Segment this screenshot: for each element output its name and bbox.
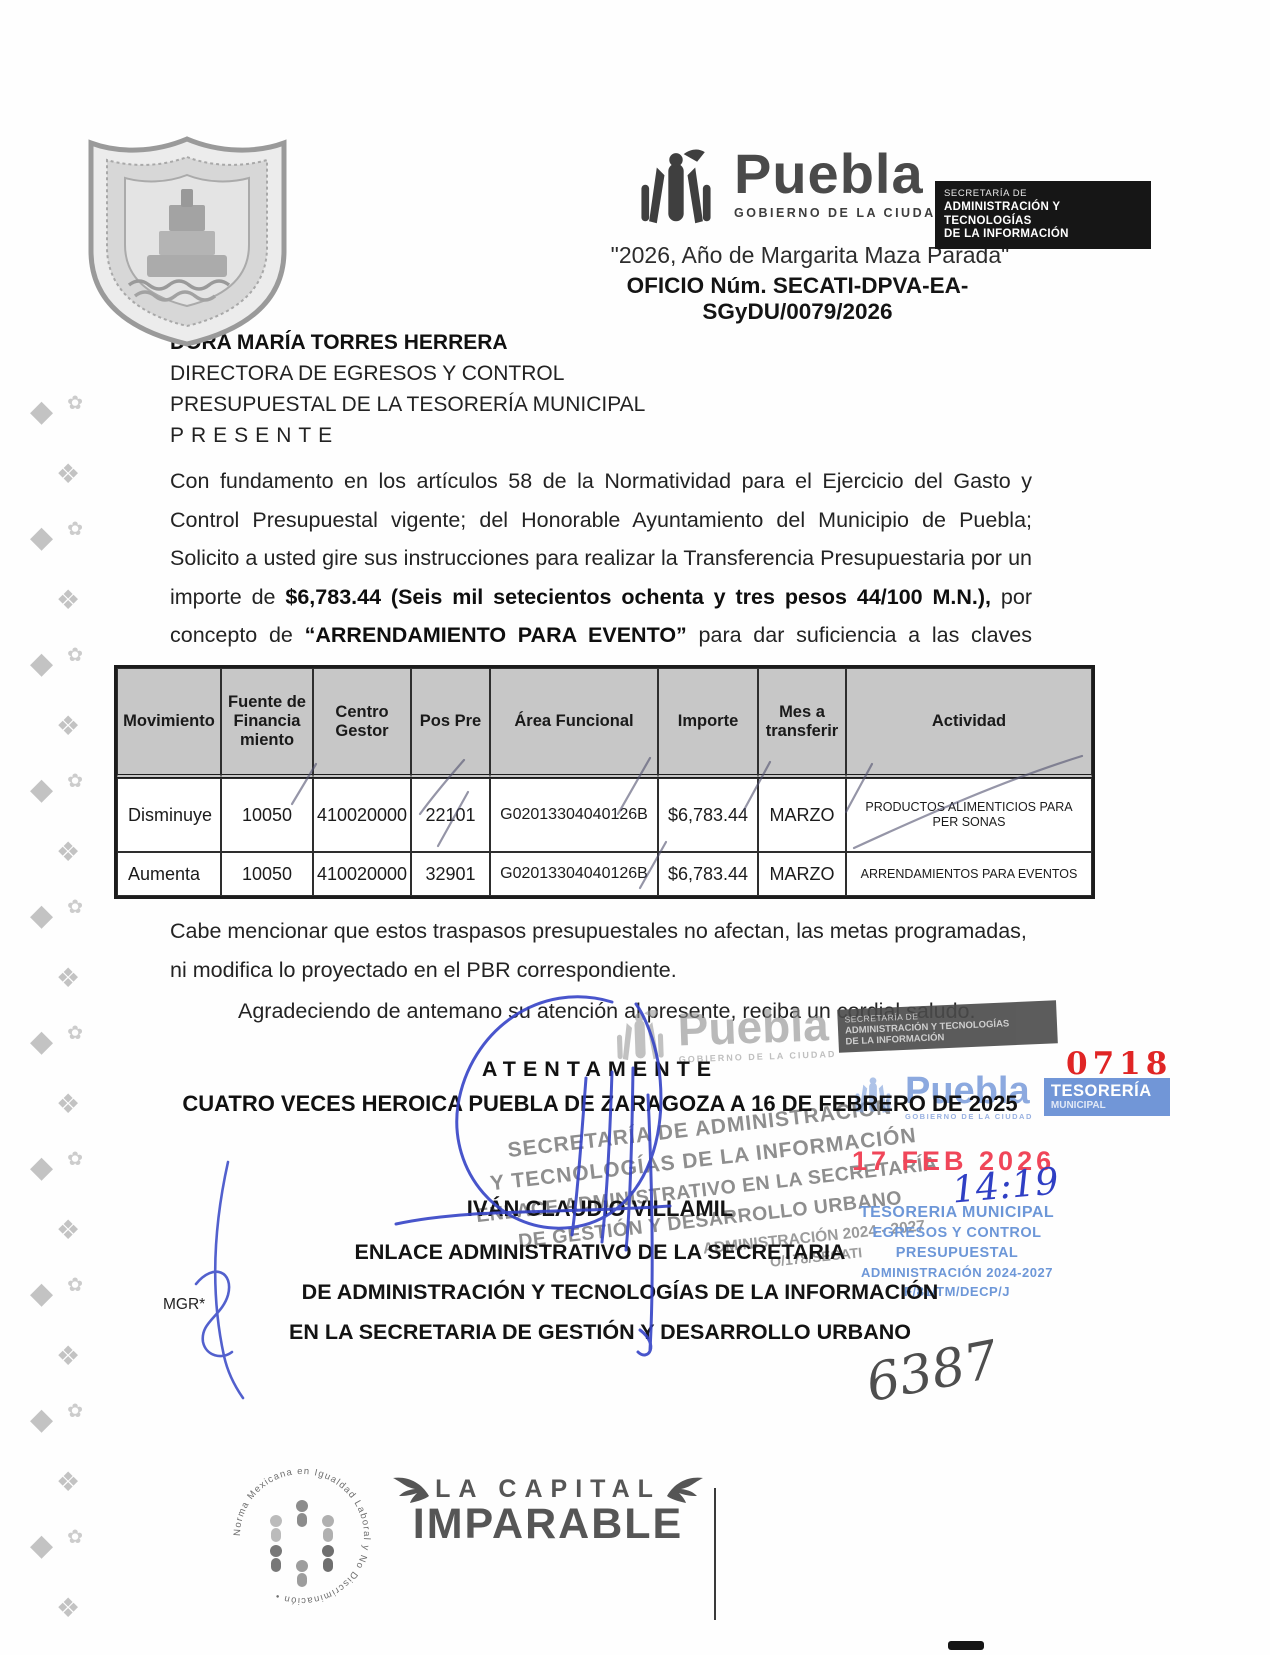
diamond-ornament-icon: ◆ <box>30 1027 53 1057</box>
quatrefoil-ornament-icon: ❖ <box>56 1595 80 1622</box>
table-cell: Aumenta <box>117 852 221 896</box>
table-cell: Disminuye <box>117 778 221 852</box>
quatrefoil-ornament-icon: ❖ <box>56 1469 80 1496</box>
quatrefoil-ornament-icon: ❖ <box>56 965 80 992</box>
quatrefoil-ornament-icon: ❖ <box>56 713 80 740</box>
budget-transfer-table: Movimiento Fuente de Financia miento Cen… <box>114 665 1095 899</box>
secretaria-badge: SECRETARÍA DE ADMINISTRACIÓN Y TECNOLOGÍ… <box>935 181 1151 249</box>
signer-title: ENLACE ADMINISTRATIVO DE LA SECRETARIA <box>150 1240 1050 1265</box>
badge-line: DE LA INFORMACIÓN <box>944 228 1142 242</box>
addressee-presente: PRESENTE <box>170 420 645 451</box>
diamond-ornament-icon: ◆ <box>30 1153 53 1183</box>
puebla-government-logo: Puebla GOBIERNO DE LA CIUDAD <box>628 146 947 238</box>
header-cell: Fuente de Financia miento <box>221 668 313 778</box>
diamond-ornament-icon: ◆ <box>30 397 53 427</box>
header-cell: Importe <box>658 668 758 778</box>
floral-ornament-icon: ✿ <box>67 1276 83 1295</box>
table-cell: $6,783.44 <box>658 852 758 896</box>
body-paragraph-1: Con fundamento en los artículos 58 de la… <box>170 462 1032 693</box>
brand-wordmark: Puebla <box>734 146 947 202</box>
quatrefoil-ornament-icon: ❖ <box>56 1091 80 1118</box>
signer-title: DE ADMINISTRACIÓN Y TECNOLOGÍAS DE LA IN… <box>150 1280 1090 1305</box>
floral-ornament-icon: ✿ <box>67 1528 83 1547</box>
city-date-line: CUATRO VECES HEROICA PUEBLA DE ZARAGOZA … <box>145 1091 1055 1117</box>
table-cell: MARZO <box>758 852 846 896</box>
diamond-ornament-icon: ◆ <box>30 1531 53 1561</box>
table-cell: ARRENDAMIENTOS PARA EVENTOS <box>846 852 1092 896</box>
signer-title: EN LA SECRETARIA DE GESTIÓN Y DESARROLLO… <box>150 1320 1050 1345</box>
floral-ornament-icon: ✿ <box>67 646 83 665</box>
secati-ink-stamp: SECRETARÍA DE ADMINISTRACIÓN Y TECNOLOGÍ… <box>837 1000 1058 1053</box>
quatrefoil-ornament-icon: ❖ <box>56 461 80 488</box>
atentamente-line: ATENTAMENTE <box>170 1057 1030 1082</box>
capital-bottom-text: IMPARABLE <box>378 1500 718 1549</box>
stamp-line: MUNICIPAL <box>1051 1100 1163 1111</box>
header-cell: Centro Gestor <box>313 668 411 778</box>
diamond-ornament-icon: ◆ <box>30 1405 53 1435</box>
red-folio-stamp: 0718 <box>1066 1046 1172 1082</box>
body-paragraph-2: Cabe mencionar que estos traspasos presu… <box>170 912 1032 989</box>
quatrefoil-ornament-icon: ❖ <box>56 839 80 866</box>
talavera-watermark-pattern: ◆✿ ❖✿ ◆✿ ❖✿ ◆✿ ❖✿ ◆✿ ❖✿ ◆✿ ❖✿ ◆✿ ❖✿ ◆✿ ❖… <box>30 380 130 1650</box>
stamp-brand: Puebla <box>677 1001 836 1052</box>
header-cell: Mes a transferir <box>758 668 846 778</box>
table-cell: MARZO <box>758 778 846 852</box>
addressee-title: DIRECTORA DE EGRESOS Y CONTROL <box>170 358 645 389</box>
floral-ornament-icon: ✿ <box>67 1150 83 1169</box>
table-cell: G02013304040126B <box>490 852 658 896</box>
footer-divider <box>714 1488 716 1620</box>
table-cell: 10050 <box>221 778 313 852</box>
concept-bold: “ARRENDAMIENTO PARA EVENTO” <box>305 623 687 647</box>
quatrefoil-ornament-icon: ❖ <box>56 1343 80 1370</box>
brand-tagline: GOBIERNO DE LA CIUDAD <box>734 206 947 220</box>
table-cell: $6,783.44 <box>658 778 758 852</box>
oficio-number: OFICIO Núm. SECATI-DPVA-EA-SGyDU/0079/20… <box>555 273 1040 325</box>
floral-ornament-icon: ✿ <box>67 898 83 917</box>
wing-icon <box>391 1474 431 1504</box>
scanned-official-letter: ◆✿ ❖✿ ◆✿ ❖✿ ◆✿ ❖✿ ◆✿ ❖✿ ◆✿ ❖✿ ◆✿ ❖✿ ◆✿ ❖… <box>0 0 1270 1655</box>
talavera-figure-icon <box>628 146 724 238</box>
header-cell: Área Funcional <box>490 668 658 778</box>
floral-ornament-icon: ✿ <box>67 520 83 539</box>
table-cell: PRODUCTOS ALIMENTICIOS PARA PER SONAS <box>846 778 1092 852</box>
signer-name: IVÁN CLAUDIO VILLAMIL <box>150 1196 1050 1222</box>
diamond-ornament-icon: ◆ <box>30 649 53 679</box>
scan-corner-mark <box>948 1641 984 1650</box>
quatrefoil-ornament-icon: ❖ <box>56 1217 80 1244</box>
diamond-ornament-icon: ◆ <box>30 1279 53 1309</box>
header-cell: Actividad <box>846 668 1092 778</box>
table-cell: G02013304040126B <box>490 778 658 852</box>
floral-ornament-icon: ✿ <box>67 772 83 791</box>
badge-line: SECRETARÍA DE <box>944 188 1142 199</box>
floral-ornament-icon: ✿ <box>67 1402 83 1421</box>
header-cell: Movimiento <box>117 668 221 778</box>
diamond-ornament-icon: ◆ <box>30 775 53 805</box>
typist-initials: MGR* <box>163 1296 205 1314</box>
table-cell: 410020000 <box>313 778 411 852</box>
table-cell: 32901 <box>411 852 490 896</box>
addressee-title: PRESUPUESTAL DE LA TESORERÍA MUNICIPAL <box>170 389 645 420</box>
people-hexagon-icon <box>270 1500 334 1587</box>
header-cell: Pos Pre <box>411 668 490 778</box>
puebla-coat-of-arms-icon <box>85 133 290 353</box>
diamond-ornament-icon: ◆ <box>30 901 53 931</box>
stamp-line: TESORERÍA <box>1051 1083 1163 1100</box>
floral-ornament-icon: ✿ <box>67 394 83 413</box>
quatrefoil-ornament-icon: ❖ <box>56 587 80 614</box>
capital-imparable-logo: LA CAPITAL IMPARABLE <box>378 1474 718 1549</box>
badge-line: ADMINISTRACIÓN Y TECNOLOGÍAS <box>944 201 1142 228</box>
tesoreria-badge: TESORERÍA MUNICIPAL <box>1044 1078 1170 1116</box>
table-cell: 410020000 <box>313 852 411 896</box>
floral-ornament-icon: ✿ <box>67 1024 83 1043</box>
diamond-ornament-icon: ◆ <box>30 523 53 553</box>
equality-norm-seal: Norma Mexicana en Igualdad Laboral y No … <box>226 1460 378 1617</box>
table-cell: 10050 <box>221 852 313 896</box>
table-cell: 22101 <box>411 778 490 852</box>
amount-bold: $6,783.44 (Seis mil setecientos ochenta … <box>285 585 991 609</box>
